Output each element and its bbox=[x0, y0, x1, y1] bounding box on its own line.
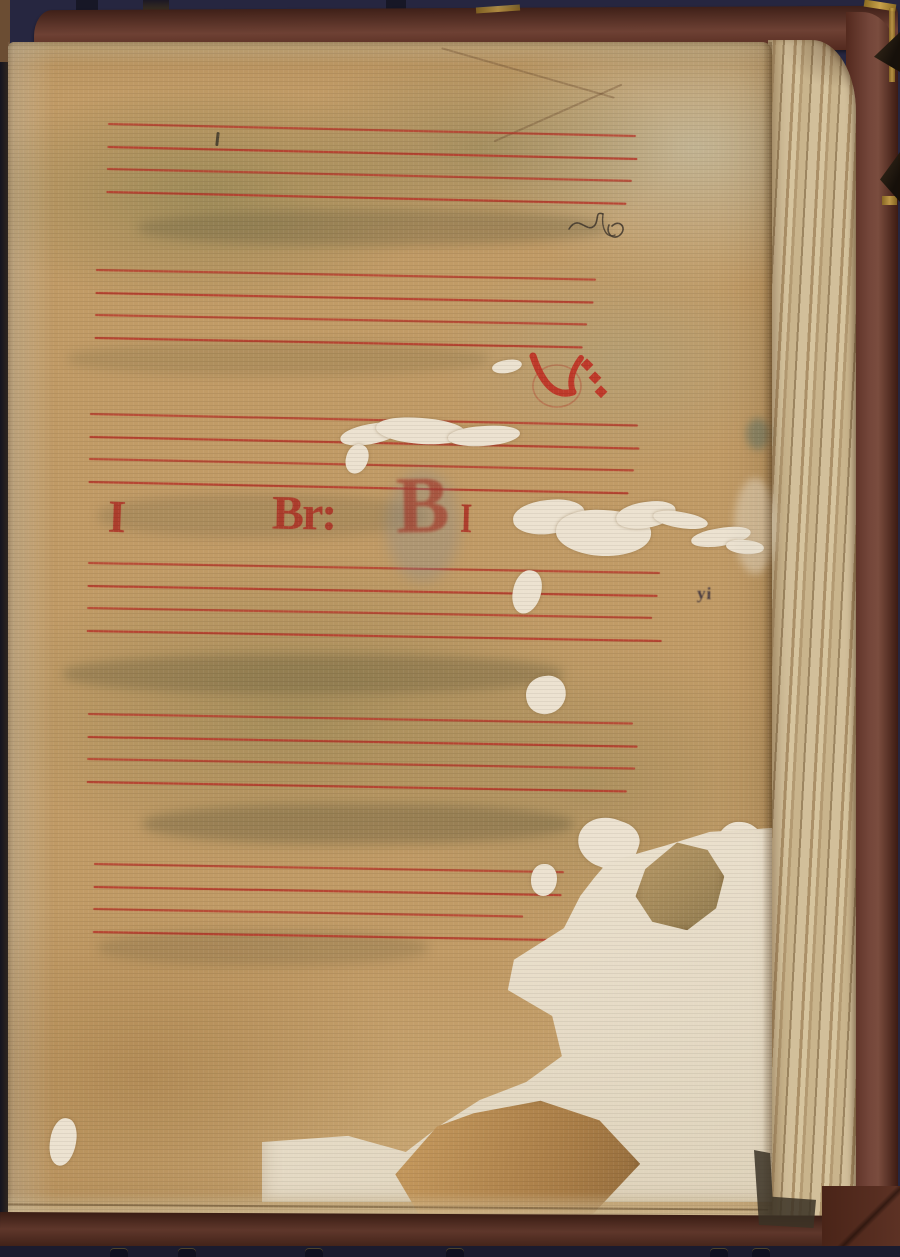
damage-patch bbox=[491, 358, 523, 375]
staff-line bbox=[107, 146, 637, 160]
staff-line bbox=[96, 269, 596, 281]
binding-foot-icon bbox=[305, 1248, 323, 1257]
damage-patch bbox=[652, 507, 709, 532]
manuscript-photo-scene: { "scene": { "description": "Photograph … bbox=[0, 0, 900, 1257]
staff-line bbox=[88, 585, 658, 597]
page-stack-shade bbox=[768, 40, 856, 220]
erased-text-ghost bbox=[63, 654, 563, 694]
gilt-trim bbox=[882, 196, 897, 205]
staff-line bbox=[87, 781, 627, 792]
staff-line bbox=[88, 736, 638, 748]
ink-scribble-icon bbox=[565, 205, 640, 255]
erased-text-ghost bbox=[143, 804, 573, 844]
staff-line bbox=[89, 481, 629, 494]
damage-patch bbox=[531, 864, 557, 896]
staff-line bbox=[94, 863, 564, 873]
rubric-letter: I bbox=[460, 498, 473, 541]
erased-text-ghost bbox=[98, 494, 428, 538]
staff-line bbox=[95, 314, 587, 325]
staff-line bbox=[106, 191, 626, 205]
leaf-edge-shade bbox=[762, 42, 772, 1218]
staff-line bbox=[108, 123, 636, 137]
rubric-letter: I bbox=[107, 494, 127, 541]
binding-foot-icon bbox=[752, 1248, 770, 1257]
staff-line bbox=[87, 758, 635, 770]
erased-text-ghost bbox=[68, 342, 488, 376]
manuscript-leaf: I Br: B I yi bbox=[8, 42, 772, 1218]
binding-foot-icon bbox=[178, 1248, 196, 1257]
binding-foot-icon bbox=[446, 1248, 464, 1257]
binding-foot-icon bbox=[710, 1248, 728, 1257]
staff-line bbox=[88, 562, 660, 574]
staff-line bbox=[87, 630, 662, 642]
erased-text-ghost bbox=[138, 210, 608, 246]
staff-line bbox=[107, 168, 632, 182]
leather-corner-mitre bbox=[822, 1186, 900, 1252]
damage-patch bbox=[342, 442, 371, 477]
ink-tick-mark bbox=[215, 132, 219, 146]
staff-line bbox=[96, 292, 594, 304]
staff-line bbox=[88, 713, 633, 725]
decorated-initial: B bbox=[395, 466, 450, 547]
binding-foot-icon bbox=[110, 1248, 128, 1257]
folio-number: yi bbox=[697, 584, 713, 605]
verse-ornament-icon bbox=[525, 350, 613, 412]
parchment-vein bbox=[441, 47, 615, 99]
damage-patch bbox=[47, 1116, 79, 1167]
damage-patch bbox=[509, 568, 546, 617]
rubric-abbreviation: Br: bbox=[272, 489, 336, 538]
staff-line bbox=[87, 607, 652, 619]
staff-line bbox=[93, 908, 523, 918]
staff-line bbox=[94, 886, 562, 896]
